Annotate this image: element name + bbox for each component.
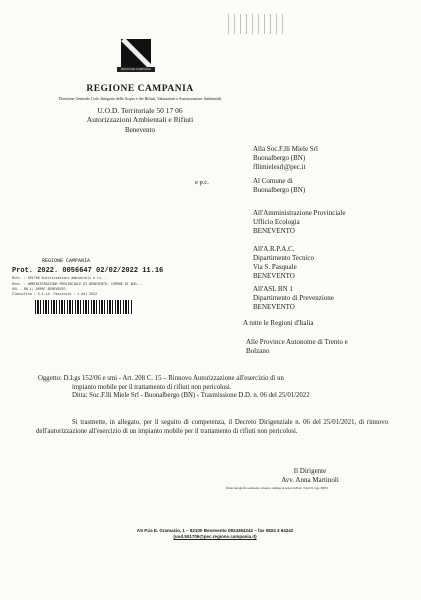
recipient-line: BENEVENTO [253,227,345,236]
recipient-line: Ufficio Ecologia [253,218,345,227]
recipient-cc-asl: All'ASL BN 1 Dipartimento di Prevenzione… [253,285,334,312]
body-text: Si trasmette, in allegato, per il seguit… [36,419,388,435]
signature-name: Avv. Anna Martinoli [250,476,370,485]
header-title: REGIONE CAMPANIA [40,84,240,94]
stamp-dest: Dest. : AMMINISTRAZIONE PROVINCIALE DI B… [12,282,143,286]
recipient-line: Buonalbergo (BN) [253,186,305,195]
recipient-line: Dipartimento di Prevenzione [253,294,334,303]
footer-pec-link[interactable]: (uod.501706@pec.regione.campania.it) [70,534,360,540]
subject-company: Ditta: Soc.F.lli Miele Srl - Buonalbergo… [38,392,398,401]
recipient-line: BENEVENTO [253,272,314,281]
stamp-dest2: UOL - BN 1; ARPAC BENEVENTO [12,287,65,291]
recipient-main: Alla Soc.F.lli Miele Srl Buonalbergo (BN… [253,145,318,172]
footer: AS P.za E. Gramazio, 1 – 82100 Benevento… [70,528,360,540]
recipient-line: All'Amministrazione Provinciale [253,209,345,218]
stamp-classification: Classifica : 5.1.14. Fascicolo : 1 del 2… [12,292,97,296]
header-directorate: Direzione Generale Ciclo Integrato delle… [40,96,240,101]
recipient-line: Via S. Pasquale [253,263,314,272]
signature-note: firma autografa sostituita a mezzo stamp… [226,486,328,490]
recipient-cc-comune: Al Comune di Buonalbergo (BN) [253,177,305,195]
stamp-protocol: Prot. 2022. 0056647 02/02/2022 11.16 [12,267,163,275]
recipient-line: Alle Province Autonome di Trento e [246,338,348,347]
subject-block: Oggetto: D.Lgs 152/06 e smi - Art. 208 C… [38,375,398,401]
recipient-line: All'ASL BN 1 [253,285,334,294]
recipient-email: fllimielesrl@pec.it [253,163,318,172]
recipient-line: Alla Soc.F.lli Miele Srl [253,145,318,154]
recipient-line: Al Comune di [253,177,305,186]
stamp-sender: Mitt. : 501706 Autorizzazioni ambientali… [12,276,107,280]
signature-role: Il Dirigente [250,467,370,476]
protocol-stamp: REGIONE CAMPANIA Prot. 2022. 0056647 02/… [10,255,175,317]
recipient-line: All'A.R.P.A.C. [253,245,314,254]
cc-label: e p.c. [195,179,209,186]
recipient-line: BENEVENTO [253,303,334,312]
recipient-line: A tutte le Regioni d'Italia [243,319,313,328]
recipient-cc-arpac: All'A.R.P.A.C. Dipartimento Tecnico Via … [253,245,314,281]
header-office: Autorizzazioni Ambientali e Rifiuti [40,115,240,124]
recipient-line: Dipartimento Tecnico [253,254,314,263]
recipient-cc-provincia: All'Amministrazione Provinciale Ufficio … [253,209,345,236]
body-paragraph: Si trasmette, in allegato, per il seguit… [36,419,388,436]
recipient-line: Buonalbergo (BN) [253,154,318,163]
subject-line: Oggetto: D.Lgs 152/06 e smi - Art. 208 C… [38,375,398,384]
recipient-cc-regioni: A tutte le Regioni d'Italia [243,319,313,328]
stamp-head: REGIONE CAMPANIA [42,258,90,264]
header-uod: U.O.D. Territoriale 50 17 06 [40,106,240,115]
logo-caption: REGIONE CAMPANIA [117,67,155,72]
recipient-line: Bolzano [246,347,348,356]
barcode [35,300,133,314]
header-city: Benevento [40,126,240,134]
subject-line: impianto mobile per il trattamento di ri… [38,384,398,393]
region-logo [121,39,151,67]
scan-noise-mark [228,14,288,34]
signature-block: Il Dirigente Avv. Anna Martinoli [250,467,370,485]
recipient-cc-province-autonome: Alle Province Autonome di Trento e Bolza… [246,338,348,356]
